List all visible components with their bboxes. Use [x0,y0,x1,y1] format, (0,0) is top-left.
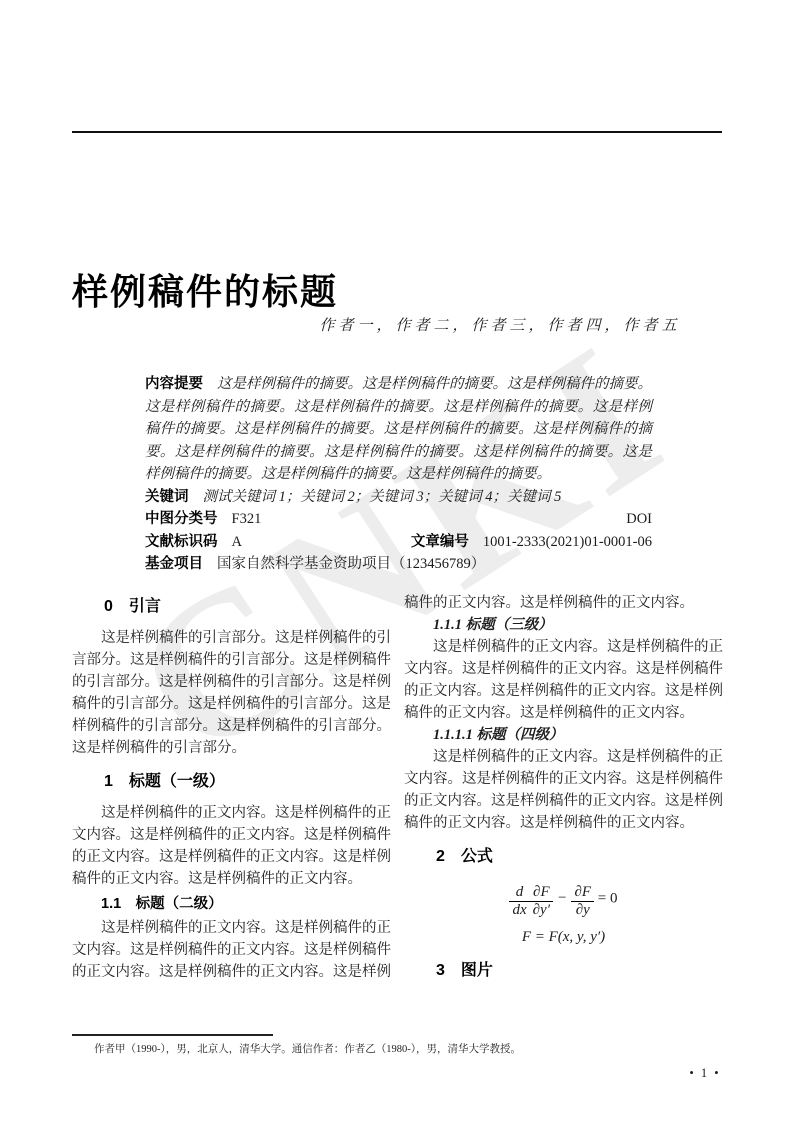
section1-1-1-heading: 1.1.1 标题（三级） [404,614,723,636]
clc-doi-row: 中图分类号F321 DOI [145,508,652,531]
article-id-value: 1001-2333(2021)01-0001-06 [483,531,652,554]
section1-1-heading: 1.1 标题（二级） [72,893,391,915]
section1-1-1-1-heading: 1.1.1.1 标题（四级） [404,724,723,746]
fund-row: 基金项目国家自然科学基金资助项目（123456789） [145,553,652,576]
abstract-label: 内容提要 [145,376,203,392]
euler-lagrange-formula: ddx∂F∂y′−∂F∂y = 0 [404,884,723,918]
footnote-rule [72,1034,273,1036]
fraction-dF-dyprime: ∂F∂y′ [530,884,553,918]
left-column: 0 引言 这是样例稿件的引言部分。这是样例稿件的引言部分。这是样例稿件的引言部分… [72,592,391,983]
intro-heading: 0 引言 [72,596,391,618]
fund-label: 基金项目 [145,553,203,576]
section1-paragraph: 这是样例稿件的正文内容。这是样例稿件的正文内容。这是样例稿件的正文内容。这是样例… [72,802,391,890]
right-column: 稿件的正文内容。这是样例稿件的正文内容。 1.1.1 标题（三级） 这是样例稿件… [404,592,723,991]
intro-paragraph: 这是样例稿件的引言部分。这是样例稿件的引言部分。这是样例稿件的引言部分。这是样例… [72,627,391,759]
section1-1-paragraph-left: 这是样例稿件的正文内容。这是样例稿件的正文内容。这是样例稿件的正文内容。这是样例… [72,917,391,983]
document-page: CNKI 样例稿件的标题 作者一，作者二，作者三，作者四，作者五 内容提要这是样… [0,0,794,1123]
front-matter: 内容提要这是样例稿件的摘要。这是样例稿件的摘要。这是样例稿件的摘要。这是样例稿件… [145,373,652,576]
clc-value: F321 [232,508,262,531]
abstract-paragraph: 内容提要这是样例稿件的摘要。这是样例稿件的摘要。这是样例稿件的摘要。这是样例稿件… [145,373,652,486]
section1-1-1-paragraph: 这是样例稿件的正文内容。这是样例稿件的正文内容。这是样例稿件的正文内容。这是样例… [404,636,723,724]
abstract-text: 这是样例稿件的摘要。这是样例稿件的摘要。这是样例稿件的摘要。这是样例稿件的摘要。… [145,376,652,482]
article-id-label: 文章编号 [411,531,469,554]
page-number: • 1 • [655,1066,755,1081]
fraction-dF-dy: ∂F∂y [571,884,594,918]
doc-code-label: 文献标识码 [145,531,218,554]
fraction-d-dx: ddx [509,884,529,918]
section1-1-1-1-paragraph: 这是样例稿件的正文内容。这是样例稿件的正文内容。这是样例稿件的正文内容。这是样例… [404,746,723,834]
formula-section-heading: 2 公式 [404,846,723,868]
page-title: 样例稿件的标题 [72,264,722,315]
keywords-label: 关键词 [145,489,189,505]
section1-heading: 1 标题（一级） [72,771,391,793]
functional-definition-formula: F = F(x, y, y′) [404,926,723,948]
keywords-text: 测试关键词 1；关键词 2；关键词 3；关键词 4；关键词 5 [203,489,562,505]
header-rule [72,131,722,133]
fund-value: 国家自然科学基金资助项目（123456789） [217,553,485,576]
doc-code-value: A [232,531,242,554]
author-footnote: 作者甲（1990-），男，北京人，清华大学。通信作者：作者乙（1980-），男，… [94,1043,724,1057]
doi-label: DOI [626,508,652,531]
keywords-line: 关键词测试关键词 1；关键词 2；关键词 3；关键词 4；关键词 5 [145,486,652,509]
equals-zero: = 0 [598,890,618,906]
clc-label: 中图分类号 [145,508,218,531]
minus-operator: − [558,887,566,909]
doccode-articleid-row: 文献标识码A 文章编号1001-2333(2021)01-0001-06 [145,531,652,554]
authors-line: 作者一，作者二，作者三，作者四，作者五 [206,314,794,335]
figures-section-heading: 3 图片 [404,960,723,982]
section1-1-paragraph-continued: 稿件的正文内容。这是样例稿件的正文内容。 [404,592,723,614]
